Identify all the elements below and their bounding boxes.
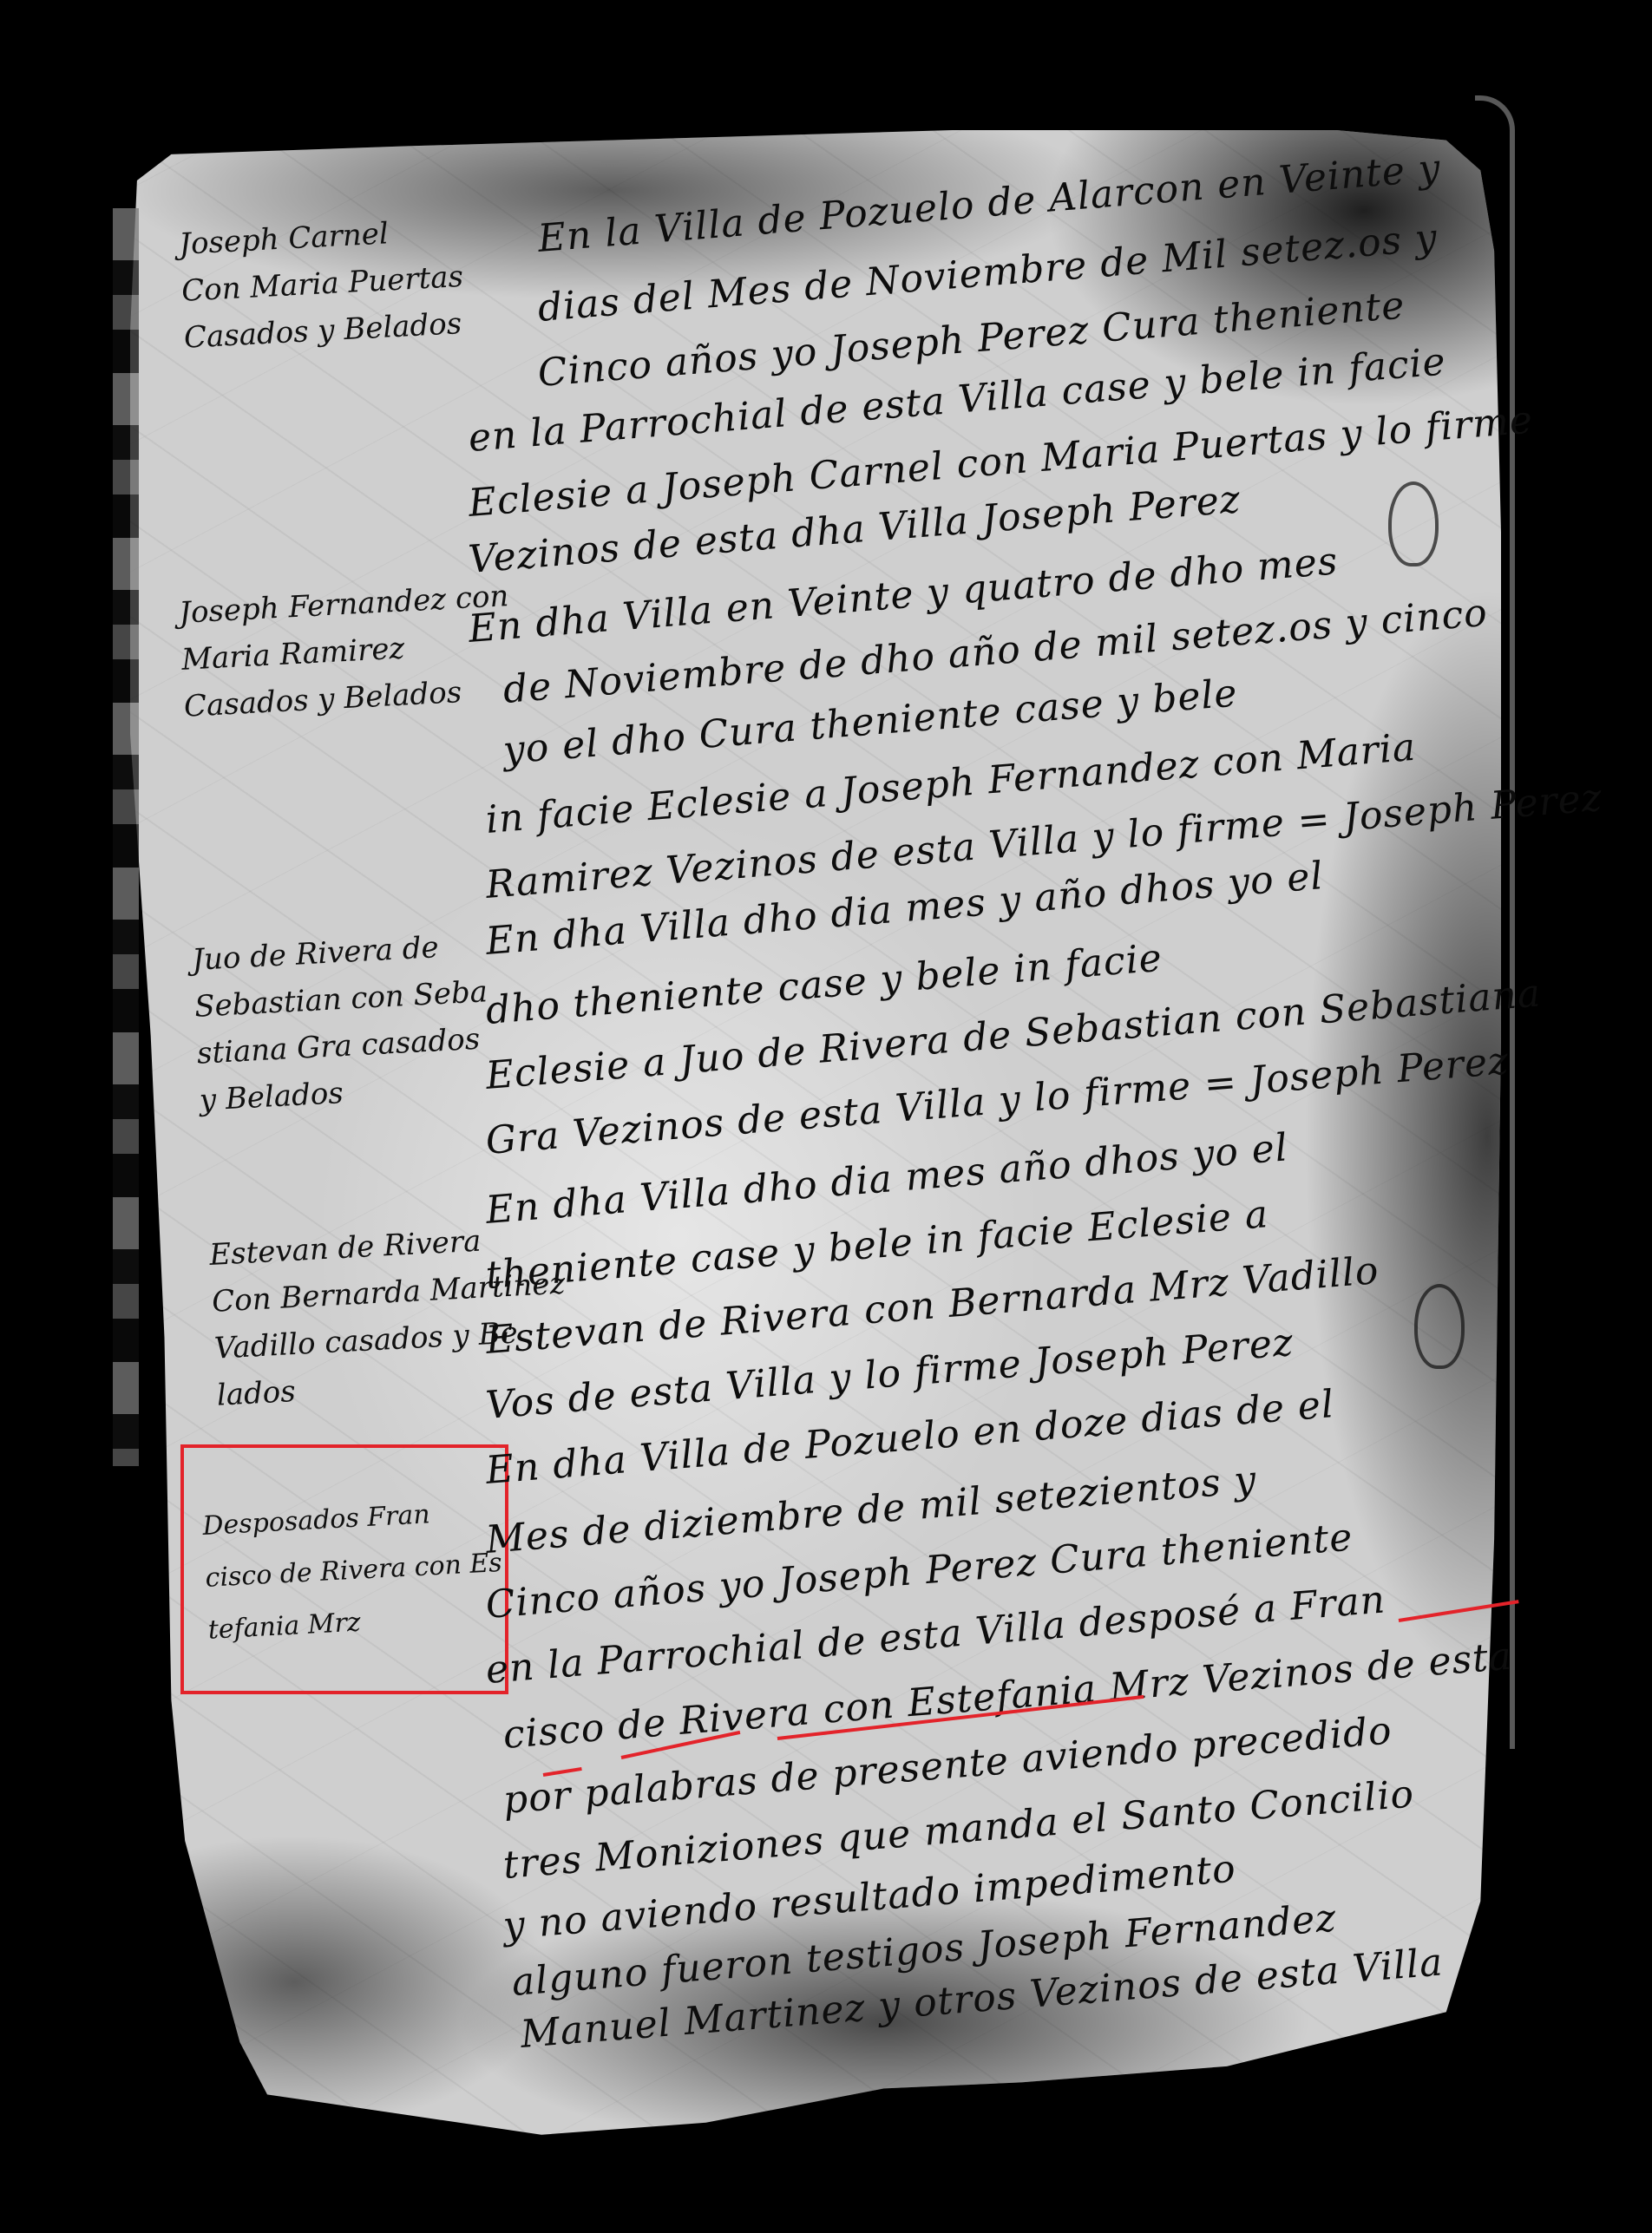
margin-note-3: Juo de Rivera de Sebastian con Seba stia…: [191, 921, 494, 1123]
margin-note-1: Joseph Carnel Con Maria Puertas Casados …: [178, 206, 467, 362]
binding-left-edge: [113, 208, 139, 1466]
signature-rubric-icon: [1388, 481, 1439, 566]
annotation-highlight-box: [180, 1444, 508, 1694]
scan-background: Joseph Carnel Con Maria Puertas Casados …: [0, 0, 1652, 2233]
signature-rubric-icon: [1414, 1284, 1465, 1369]
page-right-edge: [1475, 95, 1515, 1749]
margin-note-2: Joseph Fernandez con Maria Ramirez Casad…: [178, 573, 515, 730]
